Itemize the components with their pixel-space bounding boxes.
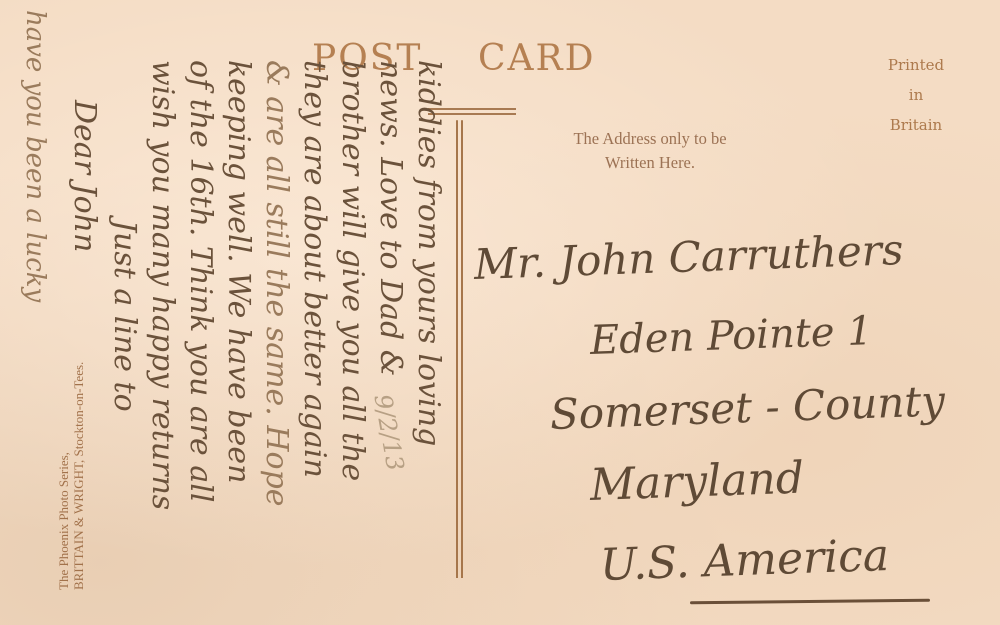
card-label: CARD (478, 38, 596, 79)
divider-line (461, 120, 463, 578)
message-line: & are all still the same. Hope (259, 60, 294, 507)
address-instruction: The Address only to be Written Here. (520, 127, 780, 175)
printed-in-line: in (868, 80, 964, 110)
address-line: Eden Pointe 1 (589, 308, 873, 364)
printed-in-britain: Printed in Britain (868, 50, 964, 140)
printed-in-line: Printed (868, 50, 964, 80)
address-underline (690, 599, 930, 605)
address-line: Maryland (589, 453, 805, 511)
printed-in-line: Britain (868, 110, 964, 140)
message-margin-line: have you been a lucky (20, 10, 50, 302)
address-country: U.S. America (599, 530, 890, 591)
address-instruction-line: The Address only to be (520, 127, 780, 151)
message-line: keeping well. We have been (221, 60, 256, 483)
message-line: Just a line to (107, 220, 142, 412)
address-line: Somerset - County (549, 376, 946, 439)
message-greeting: Dear John (67, 100, 102, 252)
message-line: kiddies from yours loving (411, 60, 446, 446)
message-line: wish you many happy returns (145, 60, 180, 510)
handwritten-message: have you been a lucky Dear John Just a l… (2, 20, 442, 620)
postcard-back: POST CARD Printed in Britain The Address… (0, 0, 1000, 625)
message-line: news. Love to Dad & (373, 60, 408, 376)
message-line: of the 16th. Think you are all (183, 60, 218, 502)
divider-line (456, 120, 458, 578)
message-line: they are about better again (297, 60, 332, 478)
address-instruction-line: Written Here. (520, 151, 780, 175)
address-name: Mr. John Carruthers (473, 225, 904, 289)
message-line: brother will give you all the (335, 60, 370, 481)
